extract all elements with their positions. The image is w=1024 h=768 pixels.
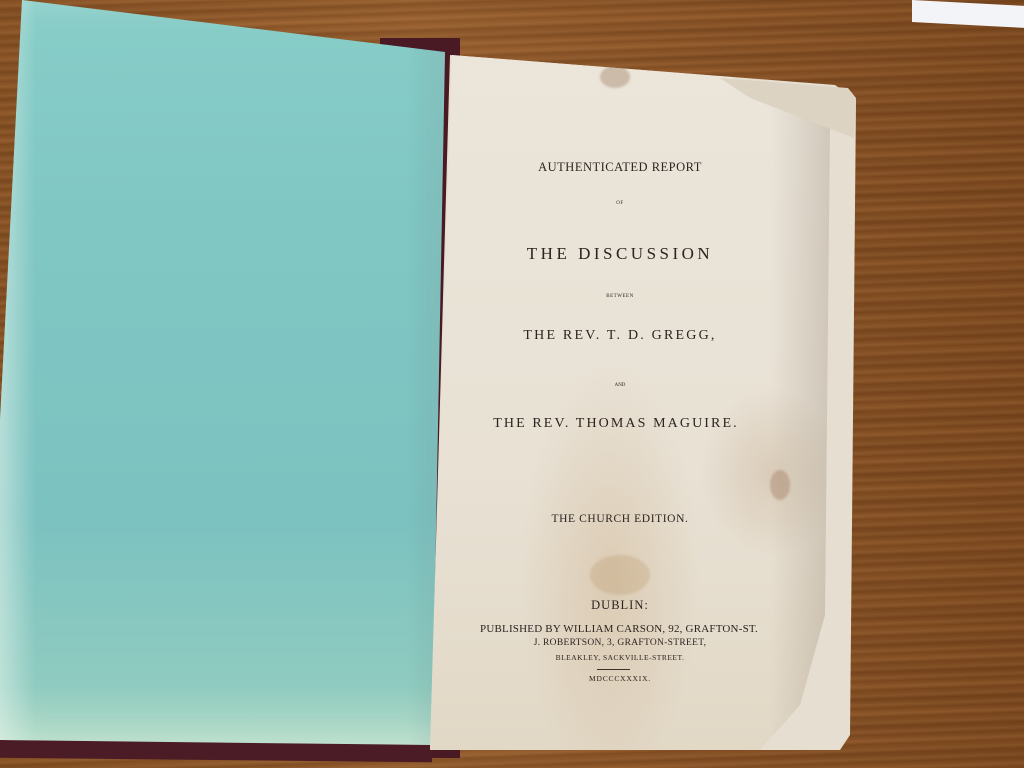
- stain: [770, 470, 790, 500]
- city-label: DUBLIN:: [460, 598, 780, 613]
- publication-year: MDCCCXXXIX.: [460, 674, 780, 683]
- book-title: THE DISCUSSION: [460, 244, 780, 264]
- report-heading: AUTHENTICATED REPORT: [460, 160, 780, 175]
- publisher-line-1: PUBLISHED BY WILLIAM CARSON, 92, GRAFTON…: [454, 623, 784, 635]
- stain: [590, 555, 650, 595]
- of-label: OF: [460, 201, 780, 206]
- and-label: AND: [460, 383, 780, 388]
- stain: [600, 66, 630, 88]
- edition-label: THE CHURCH EDITION.: [460, 513, 780, 525]
- paper-scrap: [912, 0, 1024, 28]
- endpaper-shading: [0, 0, 452, 745]
- party-one: THE REV. T. D. GREGG,: [460, 328, 780, 344]
- between-label: BETWEEN: [460, 294, 780, 299]
- divider-rule: [597, 669, 630, 670]
- party-two: THE REV. THOMAS MAGUIRE.: [446, 416, 786, 432]
- publisher-line-3: BLEAKLEY, SACKVILLE-STREET.: [460, 653, 780, 662]
- publisher-line-2: J. ROBERTSON, 3, GRAFTON-STREET,: [460, 638, 780, 648]
